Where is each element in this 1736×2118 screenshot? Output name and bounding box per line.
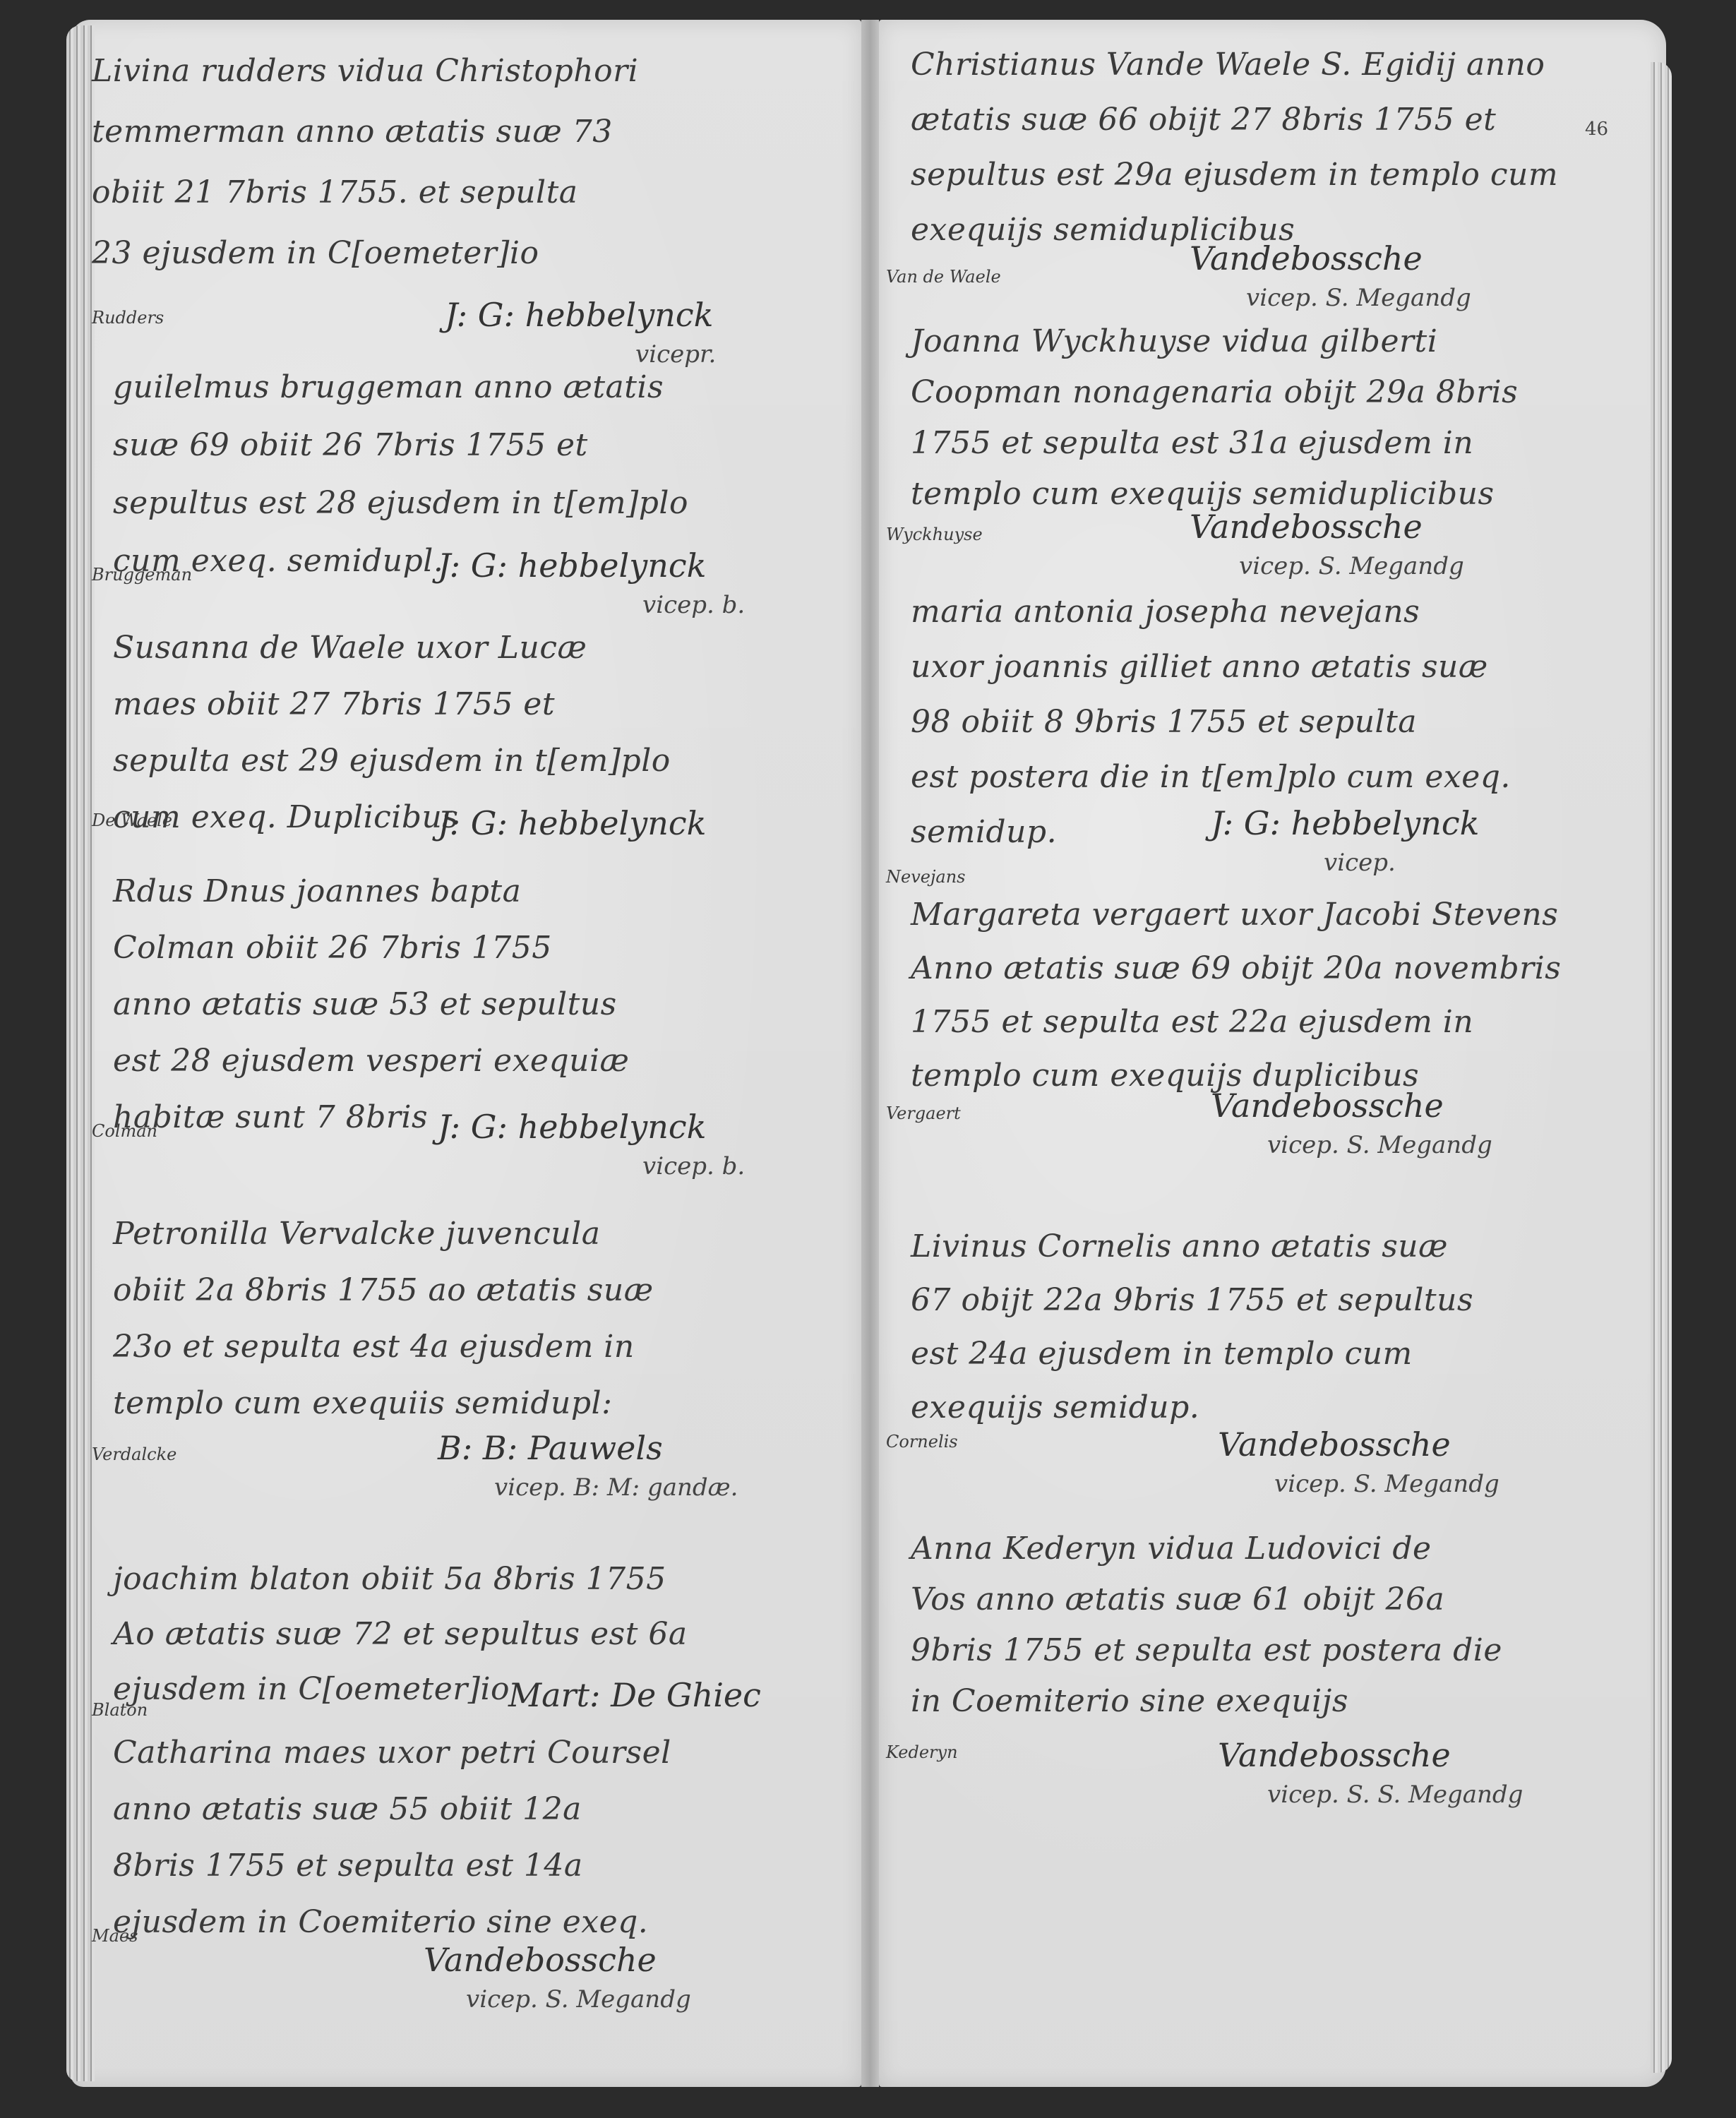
signature-title: vicep. [1211,843,1480,882]
burial-entry: Livina rudders vidua Christophori temmer… [92,41,638,284]
entry-line: Ao ætatis suæ 72 et sepultus est 6a [113,1607,688,1662]
burial-entry: Christianus Vande Waele S. Egidij anno æ… [911,37,1558,258]
entry-line: 23 ejusdem in C[oemeter]io [92,223,638,284]
entry-line: obiit 2a 8bris 1755 ao ætatis suæ [113,1262,654,1319]
margin-surname: Vergaert [886,1103,961,1123]
entry-line: Vos anno ætatis suæ 61 obijt 26a [911,1574,1502,1625]
burial-entry: Petronilla Vervalcke juvencula obiit 2a … [113,1206,654,1432]
signature-title: vicep. b. [438,585,745,625]
entry-line: sepultus est 29a ejusdem in templo cum [911,148,1558,203]
signature-name: Vandebossche [1218,1736,1451,1774]
entry-line: Coopman nonagenaria obijt 29a 8bris [911,367,1518,418]
margin-surname: Cornelis [886,1432,958,1452]
signature-title: vicep. S. Megandg [1218,1464,1499,1504]
right-page: 46 Christianus Vande Waele S. Egidij ann… [879,20,1666,2087]
entry-line: 98 obiit 8 9bris 1755 et sepulta [911,695,1511,750]
entry-line: est postera die in t[em]plo cum exeq. [911,750,1511,805]
entry-line: temmerman anno ætatis suæ 73 [92,102,638,162]
entry-line: 1755 et sepulta est 31a ejusdem in [911,418,1518,469]
signature-name: J: G: hebbelynck [438,1108,707,1146]
signature: Vandebossche vicep. S. Megandg [1190,507,1464,586]
margin-surname: Bruggeman [92,565,192,585]
entry-line: maes obiit 27 7bris 1755 et [113,676,671,733]
signature-name: Vandebossche [1190,508,1423,546]
signature: J: G: hebbelynck vicep. b. [438,546,745,625]
entry-line: Margareta vergaert uxor Jacobi Stevens [911,888,1561,942]
entry-line: sepulta est 29 ejusdem in t[em]plo [113,733,671,789]
signature: Vandebossche vicep. S. Megandg [424,1940,691,2019]
entry-line: ætatis suæ 66 obijt 27 8bris 1755 et [911,92,1558,148]
entry-line: Christianus Vande Waele S. Egidij anno [911,37,1558,92]
entry-line: uxor joannis gilliet anno ætatis suæ [911,640,1511,695]
entry-line: 9bris 1755 et sepulta est postera die [911,1625,1502,1676]
entry-line: 23o et sepulta est 4a ejusdem in [113,1319,654,1375]
signature-name: Vandebossche [1190,239,1423,277]
entry-line: 67 obijt 22a 9bris 1755 et sepultus [911,1274,1473,1327]
signature-title: vicep. B: M: gandæ. [438,1468,738,1507]
book-gutter [861,20,879,2087]
signature-title: vicep. S. Megandg [1211,1125,1492,1165]
entry-line: Susanna de Waele uxor Lucæ [113,620,671,676]
burial-entry: Anna Kederyn vidua Ludovici de Vos anno … [911,1524,1502,1727]
signature-name: J: G: hebbelynck [438,546,707,585]
signature-name: B: B: Pauwels [438,1429,663,1467]
signature-name: Vandebossche [1211,1087,1444,1125]
burial-entry: Joanna Wyckhuyse vidua gilberti Coopman … [911,316,1518,520]
signature-title: vicep. S. Megandg [1190,278,1471,318]
signature: Vandebossche vicep. S. Megandg [1218,1425,1499,1504]
signature: J: G: hebbelynck [438,803,707,843]
signature-name: J: G: hebbelynck [438,804,707,842]
right-page-edges [1651,62,1672,2073]
signature: Vandebossche vicep. S. S. Megandg [1218,1735,1523,1814]
margin-surname: Rudders [92,308,164,328]
signature-name: Mart: De Ghiec [508,1676,761,1714]
signature-name: J: G: hebbelynck [445,296,714,334]
signature-name: Vandebossche [1218,1425,1451,1464]
signature: J: G: hebbelynck vicep. [1211,803,1480,882]
burial-entry: Catharina maes uxor petri Coursel anno æ… [113,1725,671,1951]
entry-line: Catharina maes uxor petri Coursel [113,1725,671,1781]
margin-surname: Maes [92,1926,138,1946]
entry-line: anno ætatis suæ 53 et sepultus [113,976,629,1033]
margin-surname: Blaton [92,1700,148,1720]
entry-line: joachim blaton obiit 5a 8bris 1755 [113,1552,688,1607]
entry-line: guilelmus bruggeman anno ætatis [113,359,688,417]
signature-title: vicep. b. [438,1147,745,1186]
signature-title: vicep. S. S. Megandg [1218,1775,1523,1814]
left-page: Livina rudders vidua Christophori temmer… [71,20,861,2087]
signature-title: vicep. S. Megandg [424,1980,691,2019]
margin-surname: Colman [92,1121,157,1141]
entry-line: Livinus Cornelis anno ætatis suæ [911,1220,1473,1274]
entry-line: suæ 69 obiit 26 7bris 1755 et [113,417,688,474]
burial-entry: Livinus Cornelis anno ætatis suæ 67 obij… [911,1220,1473,1435]
entry-line: Colman obiit 26 7bris 1755 [113,920,629,976]
signature: J: G: hebbelynck vicep. b. [438,1107,745,1186]
signature-title: vicep. S. Megandg [1190,546,1464,586]
burial-entry: Margareta vergaert uxor Jacobi Stevens A… [911,888,1561,1103]
entry-line: Rdus Dnus joannes bapta [113,863,629,920]
margin-surname: Verdalcke [92,1444,176,1464]
open-register-book: Livina rudders vidua Christophori temmer… [71,20,1666,2087]
entry-line: Petronilla Vervalcke juvencula [113,1206,654,1262]
signature-name: J: G: hebbelynck [1211,804,1480,842]
signature: Mart: De Ghiec [508,1675,761,1715]
margin-surname: Van de Waele [886,267,1001,287]
signature: B: B: Pauwels vicep. B: M: gandæ. [438,1428,738,1507]
entry-line: anno ætatis suæ 55 obiit 12a [113,1781,671,1838]
burial-entry: Rdus Dnus joannes bapta Colman obiit 26 … [113,863,629,1146]
margin-surname: Kederyn [886,1742,958,1762]
entry-line: est 28 ejusdem vesperi exequiæ [113,1033,629,1089]
entry-line: Anno ætatis suæ 69 obijt 20a novembris [911,942,1561,995]
entry-line: templo cum exequiis semidupl: [113,1375,654,1432]
signature: Vandebossche vicep. S. Megandg [1211,1086,1492,1165]
entry-line: est 24a ejusdem in templo cum [911,1327,1473,1381]
entry-line: obiit 21 7bris 1755. et sepulta [92,162,638,223]
folio-number: 46 [1585,119,1608,140]
entry-line: 1755 et sepulta est 22a ejusdem in [911,995,1561,1049]
entry-line: 8bris 1755 et sepulta est 14a [113,1838,671,1894]
signature-name: Vandebossche [424,1941,657,1979]
margin-surname: Wyckhuyse [886,525,983,544]
entry-line: sepultus est 28 ejusdem in t[em]plo [113,474,688,532]
entry-line: Joanna Wyckhuyse vidua gilberti [911,316,1518,367]
entry-line: Anna Kederyn vidua Ludovici de [911,1524,1502,1574]
entry-line: maria antonia josepha nevejans [911,585,1511,640]
entry-line: in Coemiterio sine exequijs [911,1676,1502,1727]
entry-line: Livina rudders vidua Christophori [92,41,638,102]
left-page-edges [66,25,95,2081]
margin-surname: De Waele [92,810,172,830]
margin-surname: Nevejans [886,867,966,887]
signature: Vandebossche vicep. S. Megandg [1190,239,1471,318]
